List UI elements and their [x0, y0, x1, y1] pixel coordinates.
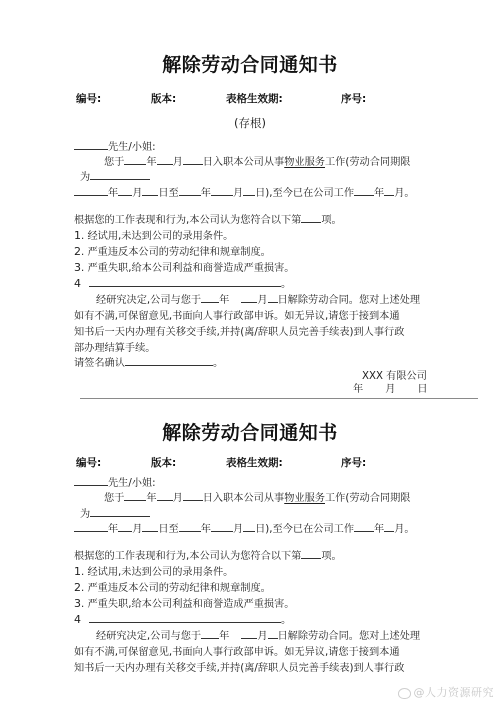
job-title-value: 物业服务	[284, 493, 325, 504]
criteria-item-4: 4。	[74, 275, 291, 290]
job-title-value: 物业服务	[284, 157, 325, 168]
field-version-label: 版本:	[151, 91, 176, 106]
blank[interactable]	[268, 292, 278, 303]
blank[interactable]	[243, 521, 255, 532]
blank[interactable]	[179, 185, 201, 196]
blank[interactable]	[142, 521, 158, 532]
decision-line-1: 经研究决定,公司与您于年月日解除劳动合同。您对上述处理	[96, 627, 420, 642]
name-blank[interactable]	[74, 475, 108, 486]
blank[interactable]	[90, 169, 150, 180]
intro-line-1: 您于年月日入职本公司从事物业服务工作(劳动合同期限	[104, 489, 410, 504]
blank[interactable]	[354, 521, 374, 532]
stub-label: (存根)	[0, 115, 500, 131]
blank[interactable]	[211, 521, 233, 532]
blank[interactable]	[157, 490, 173, 501]
watermark: @人力资源研究	[398, 684, 495, 700]
intro-line-2: 为	[80, 505, 150, 520]
intro-line-2: 为	[80, 168, 150, 183]
date-line: 年月日	[353, 380, 428, 395]
decision-line-1: 经研究决定,公司与您于年月日解除劳动合同。您对上述处理	[96, 291, 420, 306]
intro-line-3: 年月日至年月日),至今已在公司工作年月。	[74, 520, 415, 535]
criteria-item-4: 4。	[74, 611, 291, 626]
salutation-line: 先生/小姐:	[74, 474, 156, 489]
criteria-item-1: 1. 经试用,未达到公司的录用条件。	[74, 563, 233, 578]
custom-reason-blank[interactable]	[89, 612, 281, 623]
blank[interactable]	[142, 185, 158, 196]
intro-line-3: 年月日至年月日),至今已在公司工作年月。	[74, 184, 415, 199]
blank[interactable]	[211, 185, 233, 196]
intro-line-1: 您于年月日入职本公司从事物业服务工作(劳动合同期限	[104, 153, 410, 168]
item-number-blank[interactable]	[301, 212, 321, 223]
blank[interactable]	[183, 490, 203, 501]
salutation-line: 先生/小姐:	[74, 138, 156, 153]
field-version-label: 版本:	[151, 455, 176, 470]
criteria-item-3: 3. 严重失职,给本公司利益和商誉造成严重损害。	[74, 595, 294, 610]
blank[interactable]	[241, 628, 257, 639]
decision-line-2: 如有不满,可保留意见,书面向人事行政部申诉。如无异议,请您于接到本通	[74, 307, 400, 322]
weibo-icon	[398, 688, 411, 699]
criteria-intro: 根据您的工作表现和行为,本公司认为您符合以下第项。	[74, 211, 342, 226]
blank[interactable]	[90, 506, 150, 517]
criteria-intro: 根据您的工作表现和行为,本公司认为您符合以下第项。	[74, 547, 342, 562]
blank[interactable]	[241, 292, 257, 303]
custom-reason-blank[interactable]	[89, 276, 281, 287]
blank[interactable]	[268, 628, 278, 639]
name-blank[interactable]	[74, 139, 108, 150]
criteria-item-3: 3. 严重失职,给本公司利益和商誉造成严重损害。	[74, 259, 294, 274]
blank[interactable]	[354, 185, 374, 196]
blank[interactable]	[201, 628, 219, 639]
criteria-item-2: 2. 严重违反本公司的劳动纪律和规章制度。	[74, 579, 271, 594]
item-number-blank[interactable]	[301, 548, 321, 559]
section-divider	[80, 398, 478, 399]
field-effective-date-label: 表格生效期:	[226, 91, 283, 106]
criteria-item-1: 1. 经试用,未达到公司的录用条件。	[74, 227, 233, 242]
blank[interactable]	[384, 185, 394, 196]
blank[interactable]	[157, 154, 173, 165]
blank[interactable]	[179, 521, 201, 532]
field-number-label: 编号:	[76, 91, 101, 106]
decision-line-3: 知书后一天内办理有关移交手续,并持(离/辞职人员完善手续表)到人事行政	[74, 323, 404, 338]
blank[interactable]	[118, 521, 132, 532]
blank[interactable]	[124, 154, 146, 165]
blank[interactable]	[384, 521, 394, 532]
field-serial-label: 序号:	[341, 91, 366, 106]
blank[interactable]	[201, 292, 219, 303]
blank[interactable]	[124, 490, 146, 501]
document-title-copy: 解除劳动合同通知书	[0, 418, 500, 445]
field-number-label: 编号:	[76, 455, 101, 470]
blank[interactable]	[74, 185, 108, 196]
blank[interactable]	[243, 185, 255, 196]
decision-line-2: 如有不满,可保留意见,书面向人事行政部申诉。如无异议,请您于接到本通	[74, 643, 400, 658]
blank[interactable]	[183, 154, 203, 165]
criteria-item-2: 2. 严重违反本公司的劳动纪律和规章制度。	[74, 243, 271, 258]
document-title: 解除劳动合同通知书	[0, 50, 500, 77]
decision-line-4: 部办理结算手续。	[74, 339, 156, 354]
signature-line: 请签名确认。	[74, 354, 223, 369]
decision-line-3: 知书后一天内办理有关移交手续,并持(离/辞职人员完善手续表)到人事行政	[74, 659, 404, 674]
field-serial-label: 序号:	[341, 455, 366, 470]
blank[interactable]	[118, 185, 132, 196]
blank[interactable]	[74, 521, 108, 532]
signature-blank[interactable]	[125, 355, 213, 366]
field-effective-date-label: 表格生效期:	[226, 455, 283, 470]
